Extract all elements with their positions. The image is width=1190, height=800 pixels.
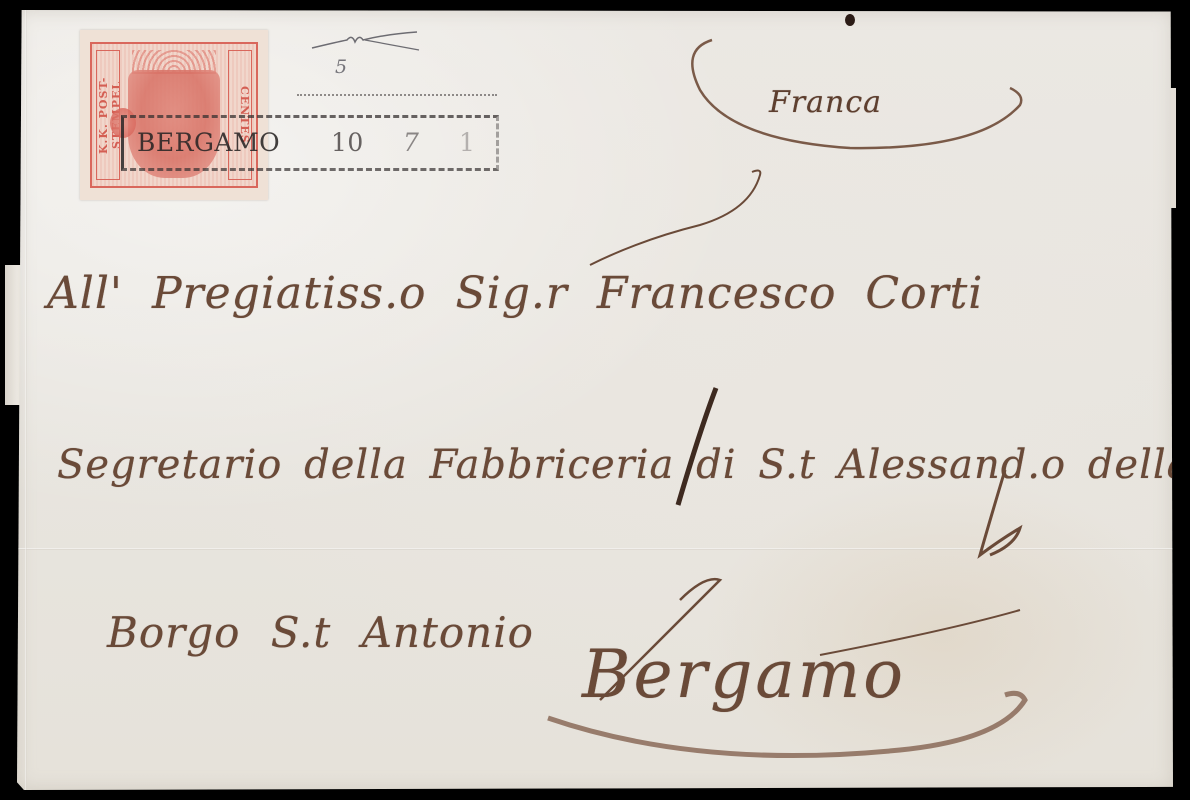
postmark-day: 10 <box>331 128 364 157</box>
ink-blot <box>845 14 855 26</box>
postmark-year: 1 <box>459 128 475 157</box>
vertical-fold-crease <box>25 10 27 790</box>
address-line-1: All' Pregiatiss.o Sig.r Francesco Corti <box>47 268 983 319</box>
postmark-top-border <box>297 94 497 96</box>
scan-background: K.K. POST-STEMPEL CENTES BERGAMO 10 7 1 … <box>0 0 1190 800</box>
postmark-city: BERGAMO <box>137 128 280 157</box>
pencil-flourish-icon <box>307 30 437 55</box>
horizontal-fold-crease <box>17 548 1173 550</box>
franking-annotation: Franca <box>769 85 882 120</box>
folded-letter: K.K. POST-STEMPEL CENTES BERGAMO 10 7 1 … <box>17 10 1173 790</box>
address-line-2: Segretario della Fabbriceria di S.t Ales… <box>57 442 1190 488</box>
address-line-3: Borgo S.t Antonio <box>107 608 534 657</box>
address-city: Bergamo <box>582 636 906 713</box>
postmark-month: 7 <box>403 128 419 157</box>
pencil-rate-mark: 5 <box>335 56 347 78</box>
